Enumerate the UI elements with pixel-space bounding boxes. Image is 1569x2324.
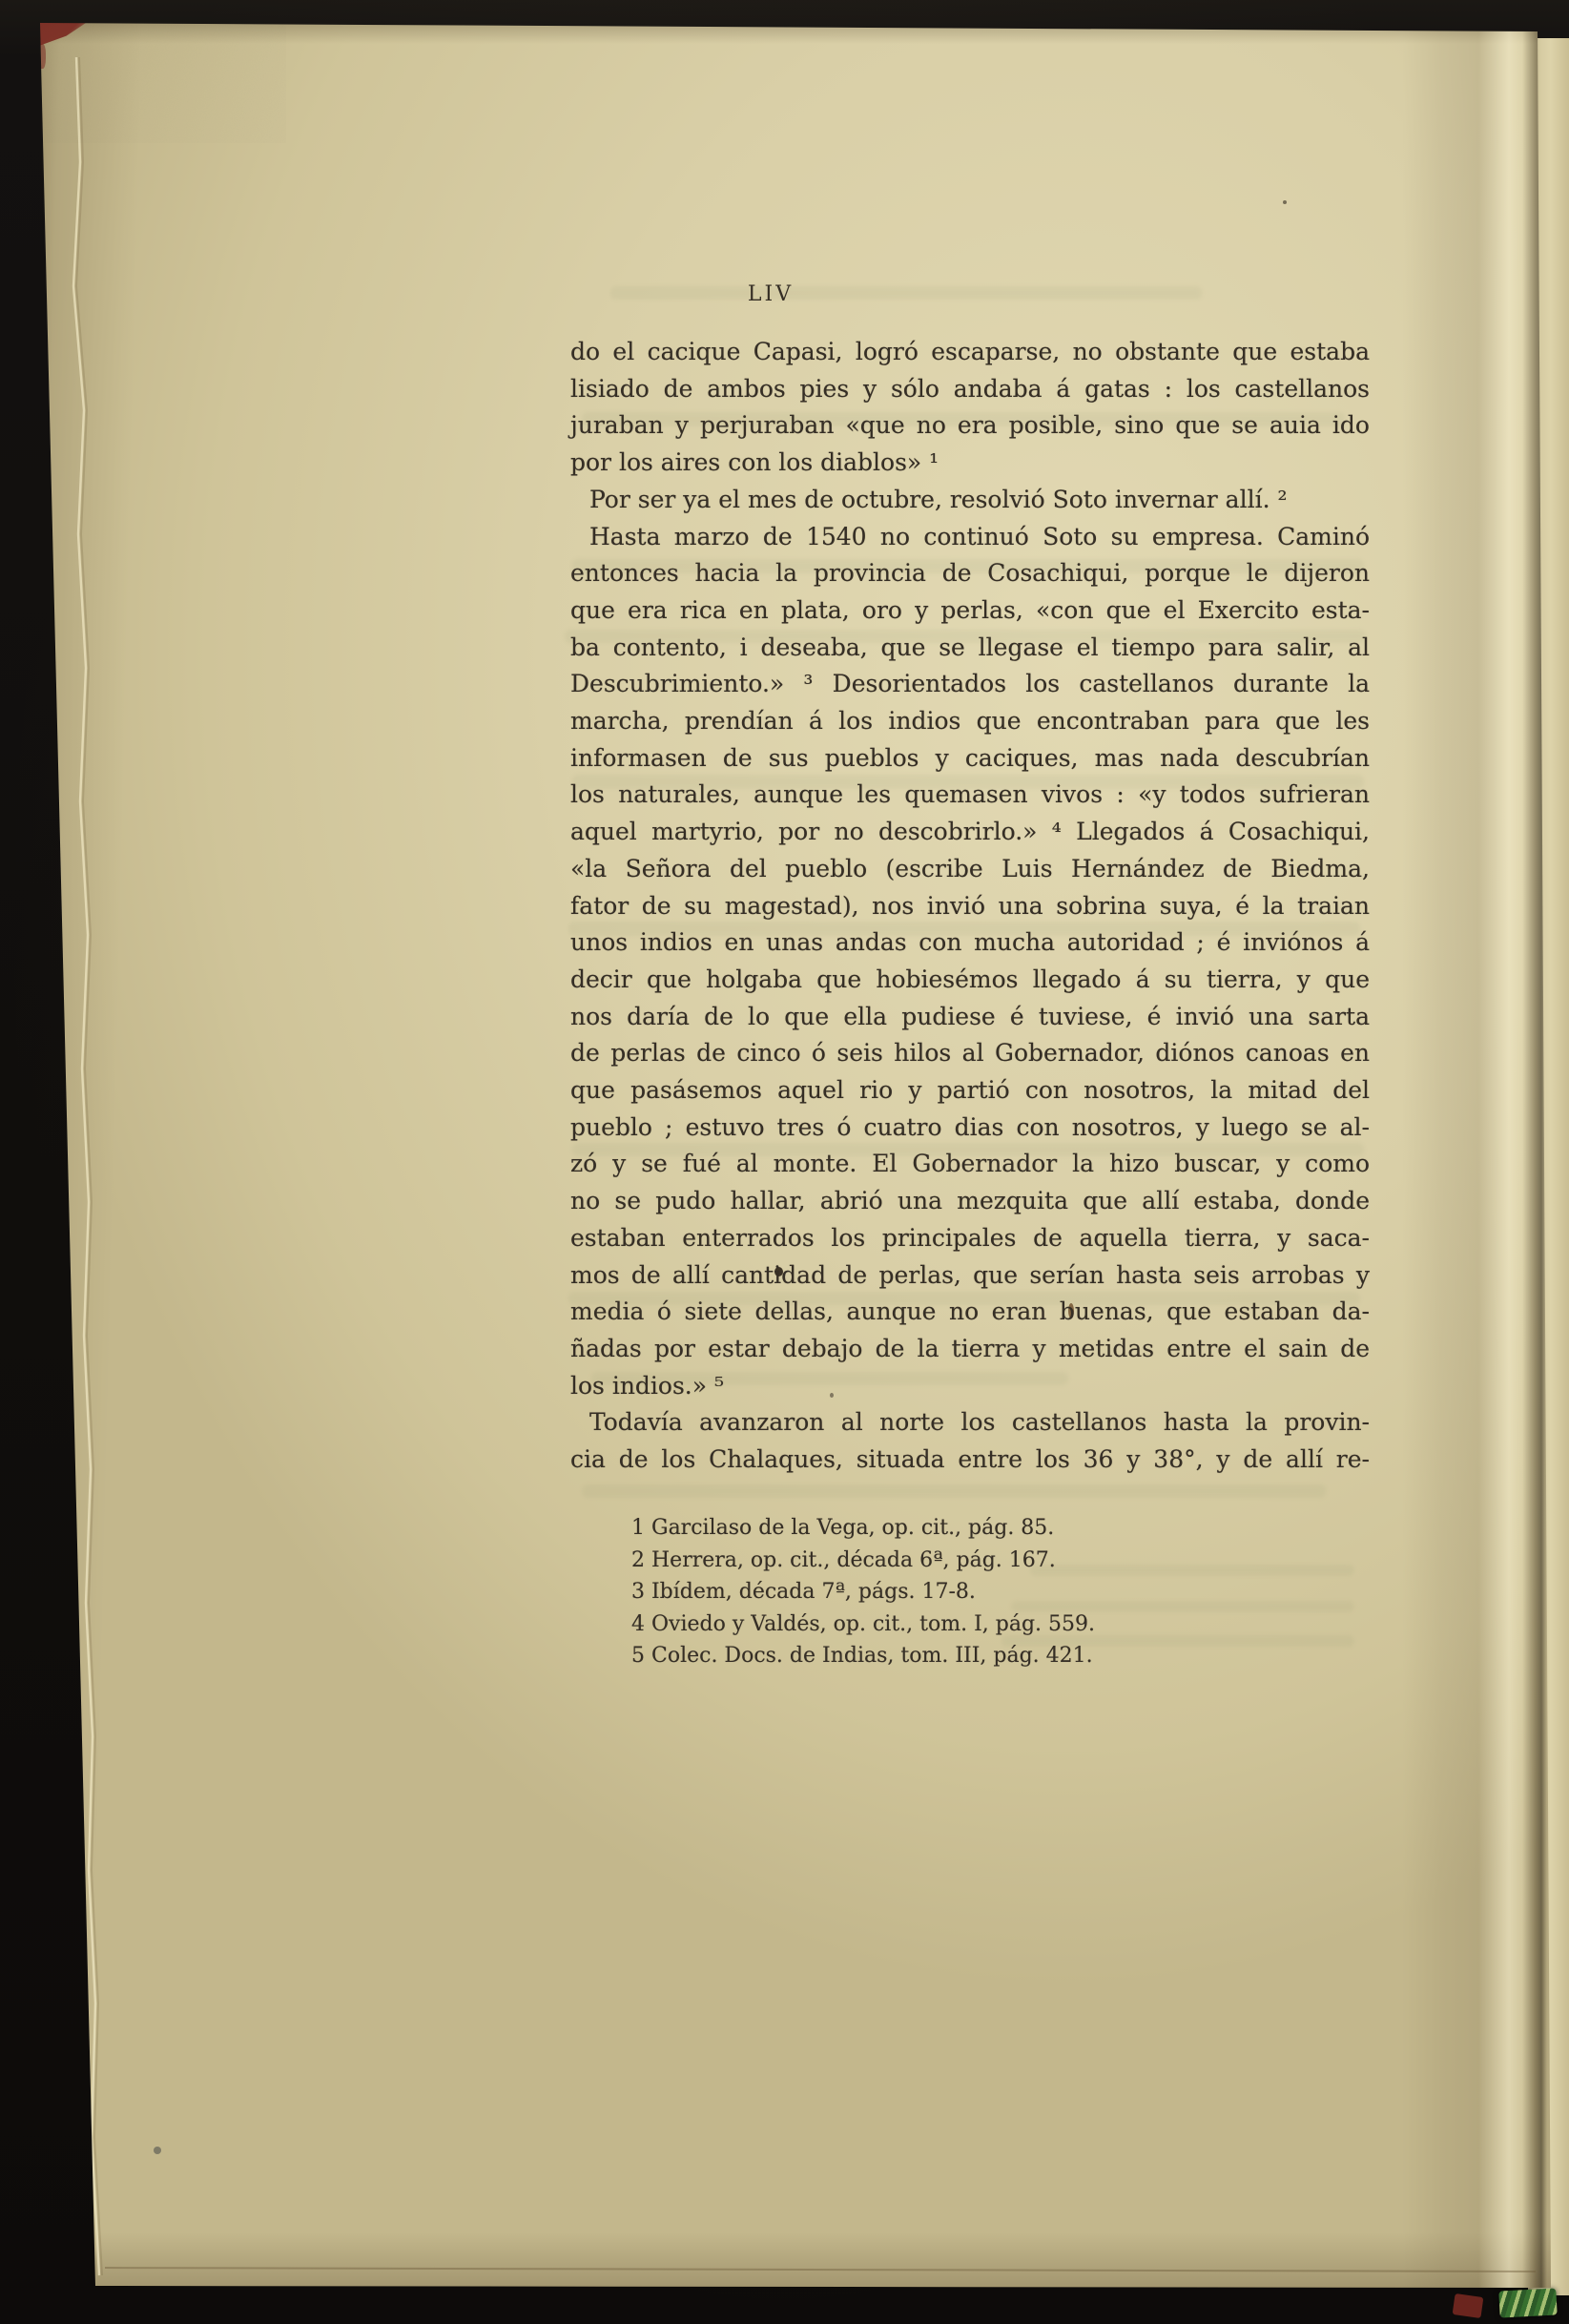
text-line: zó y se fué al monte. El Gobernador la h… bbox=[570, 1146, 1370, 1183]
spine-red-detail bbox=[1453, 2293, 1484, 2318]
small-speck bbox=[1283, 200, 1287, 204]
footnote-line: 3 Ibídem, década 7ª, págs. 17-8. bbox=[631, 1576, 1385, 1608]
text-line: fator de su magestad), nos invió una sob… bbox=[570, 888, 1370, 925]
text-line: entonces hacia la provincia de Cosachiqu… bbox=[570, 555, 1370, 592]
text-line: los indios.» ⁵ bbox=[570, 1368, 1370, 1405]
text-line: aquel martyrio, por no descobrirlo.» ⁴ L… bbox=[570, 814, 1370, 851]
text-line: por los aires con los diablos» ¹ bbox=[570, 445, 1370, 482]
footnote-line: 4 Oviedo y Valdés, op. cit., tom. I, pág… bbox=[631, 1608, 1385, 1641]
text-line: marcha, prendían á los indios que encont… bbox=[570, 703, 1370, 740]
text-line: ba contento, i deseaba, que se llegase e… bbox=[570, 630, 1370, 667]
page-roman-numeral: LIV bbox=[723, 282, 818, 306]
footnote-lines: 1 Garcilaso de la Vega, op. cit., pág. 8… bbox=[631, 1512, 1385, 1672]
text-line: juraban y perjuraban «que no era posible… bbox=[570, 407, 1370, 445]
footnote-line: 5 Colec. Docs. de Indias, tom. III, pág.… bbox=[631, 1640, 1385, 1672]
text-line: Descubrimiento.» ³ Desorientados los cas… bbox=[570, 666, 1370, 703]
gray-speck bbox=[154, 2147, 161, 2154]
headband-bottom bbox=[1498, 2288, 1557, 2317]
paper-grain-texture bbox=[0, 0, 286, 143]
text-line: nos daría de lo que ella pudiese é tuvie… bbox=[570, 999, 1370, 1036]
text-line: lisiado de ambos pies y sólo andaba á ga… bbox=[570, 371, 1370, 408]
text-line: Por ser ya el mes de octubre, resolvió S… bbox=[570, 482, 1370, 519]
text-line: do el cacique Capasi, logró escaparse, n… bbox=[570, 334, 1370, 371]
footnote-line: 1 Garcilaso de la Vega, op. cit., pág. 8… bbox=[631, 1512, 1385, 1545]
text-line: media ó siete dellas, aunque no eran bue… bbox=[570, 1294, 1370, 1331]
text-line: mos de allí cantidad de perlas, que serí… bbox=[570, 1257, 1370, 1295]
text-line: los naturales, aunque les quemasen vivos… bbox=[570, 777, 1370, 814]
text-line: cia de los Chalaques, situada entre los … bbox=[570, 1442, 1370, 1479]
body-text-lines: do el cacique Capasi, logró escaparse, n… bbox=[570, 334, 1370, 1479]
text-line: Hasta marzo de 1540 no continuó Soto su … bbox=[570, 519, 1370, 556]
text-line: no se pudo hallar, abrió una mezquita qu… bbox=[570, 1183, 1370, 1220]
bleedthrough-ghost bbox=[610, 286, 1202, 300]
text-line: que era rica en plata, oro y perlas, «co… bbox=[570, 592, 1370, 630]
text-line: decir que holgaba que hobiesémos llegado… bbox=[570, 962, 1370, 999]
book-page: LIV do el cacique Capasi, logró escapars… bbox=[0, 0, 1569, 2324]
text-line: ñadas por estar debajo de la tierra y me… bbox=[570, 1331, 1370, 1368]
footnote-line: 2 Herrera, op. cit., década 6ª, pág. 167… bbox=[631, 1545, 1385, 1577]
text-line: que pasásemos aquel rio y partió con nos… bbox=[570, 1072, 1370, 1110]
text-line: de perlas de cinco ó seis hilos al Gober… bbox=[570, 1035, 1370, 1072]
text-line: Todavía avanzaron al norte los castellan… bbox=[570, 1404, 1370, 1442]
text-line: «la Señora del pueblo (escribe Luis Hern… bbox=[570, 851, 1370, 888]
text-line: unos indios en unas andas con mucha auto… bbox=[570, 924, 1370, 962]
bleedthrough-ghost bbox=[582, 1484, 1326, 1498]
text-line: estaban enterrados los principales de aq… bbox=[570, 1220, 1370, 1257]
text-line: informasen de sus pueblos y caciques, ma… bbox=[570, 740, 1370, 778]
text-line: pueblo ; estuvo tres ó cuatro dias con n… bbox=[570, 1110, 1370, 1147]
scanned-book-photo: LIV do el cacique Capasi, logró escapars… bbox=[0, 0, 1569, 2324]
